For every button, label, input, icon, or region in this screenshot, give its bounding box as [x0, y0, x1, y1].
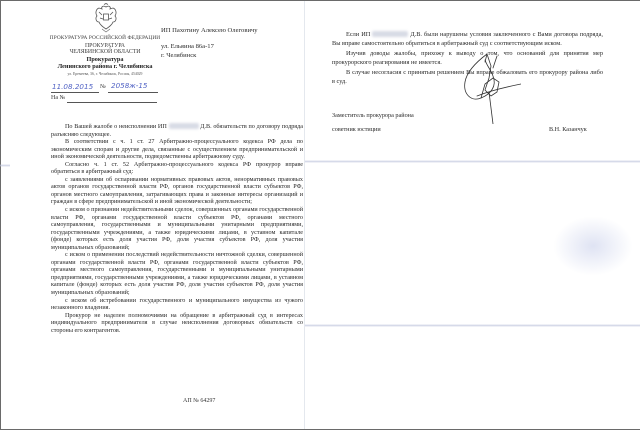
agency-address: ул. Еремеева, 36, г. Челябинск, Россия, …: [25, 72, 185, 76]
letter-page-1: ПРОКУРАТУРА РОССИЙСКОЙ ФЕДЕРАЦИИ ПРОКУРА…: [1, 1, 303, 429]
paragraph-art52: Согласно ч. 1 ст. 52 Арбитражно-процессу…: [51, 162, 303, 177]
fold-mark: [0, 164, 10, 167]
paragraph-art27: В соответствии с ч. 1 ст. 27 Арбитражно-…: [51, 139, 303, 162]
paragraph-contract: Если ИП Д.В. были нарушены условия заклю…: [332, 30, 603, 49]
paragraph-item-1: с заявлениями об оспаривании нормативных…: [51, 177, 303, 207]
coat-of-arms-icon: [93, 3, 119, 33]
paragraph-item-3: с иском о применении последствий недейст…: [51, 252, 303, 297]
redacted-name: [169, 123, 199, 129]
agency-district-line2: Ленинского района г. Челябинска: [25, 64, 185, 71]
text: По Вашей жалобе о неисполнении ИП: [65, 124, 169, 130]
handwritten-number: 2058ж-15: [111, 81, 148, 90]
signatory-rank: советник юстиции: [332, 126, 381, 133]
reference-underline: [67, 102, 157, 103]
signatory-name: В.Н. Казанчук: [549, 126, 587, 133]
paragraph-item-4: с иском об истребовании государственного…: [51, 298, 303, 313]
paper-smudge: [553, 216, 633, 276]
letter-body-left: По Вашей жалобе о неисполнении ИП Д.В. о…: [51, 123, 303, 335]
addressee-name: ИП Пахотину Алексею Олеговичу: [161, 27, 258, 34]
handwritten-date: 11.08.2015: [52, 82, 93, 91]
form-serial-number: АП № 64297: [183, 398, 215, 404]
number-underline: [108, 92, 158, 93]
reference-label: На №: [51, 95, 65, 101]
handwritten-signature-icon: [457, 52, 521, 124]
date-underline: [51, 92, 99, 93]
redacted-name: [372, 31, 408, 37]
agency-federal: ПРОКУРАТУРА РОССИЙСКОЙ ФЕДЕРАЦИИ: [25, 36, 185, 42]
paragraph-conclusion: Прокурор не наделен полномочиями на обра…: [51, 313, 303, 336]
paragraph-complaint: По Вашей жалобе о неисполнении ИП Д.В. о…: [51, 123, 303, 139]
fold-line-upper: [305, 160, 640, 163]
addressee-city: г. Челябинск: [161, 52, 196, 59]
paragraph-item-2: с иском о признании недействительными сд…: [51, 207, 303, 252]
number-label: №: [100, 84, 106, 90]
addressee-street: ул. Ельяина 86а-17: [161, 43, 214, 50]
letter-page-2: Если ИП Д.В. были нарушены условия заклю…: [304, 1, 640, 429]
text: Если ИП: [346, 31, 372, 38]
fold-line-lower: [305, 324, 640, 327]
signatory-position: Заместитель прокурора района: [332, 112, 414, 119]
